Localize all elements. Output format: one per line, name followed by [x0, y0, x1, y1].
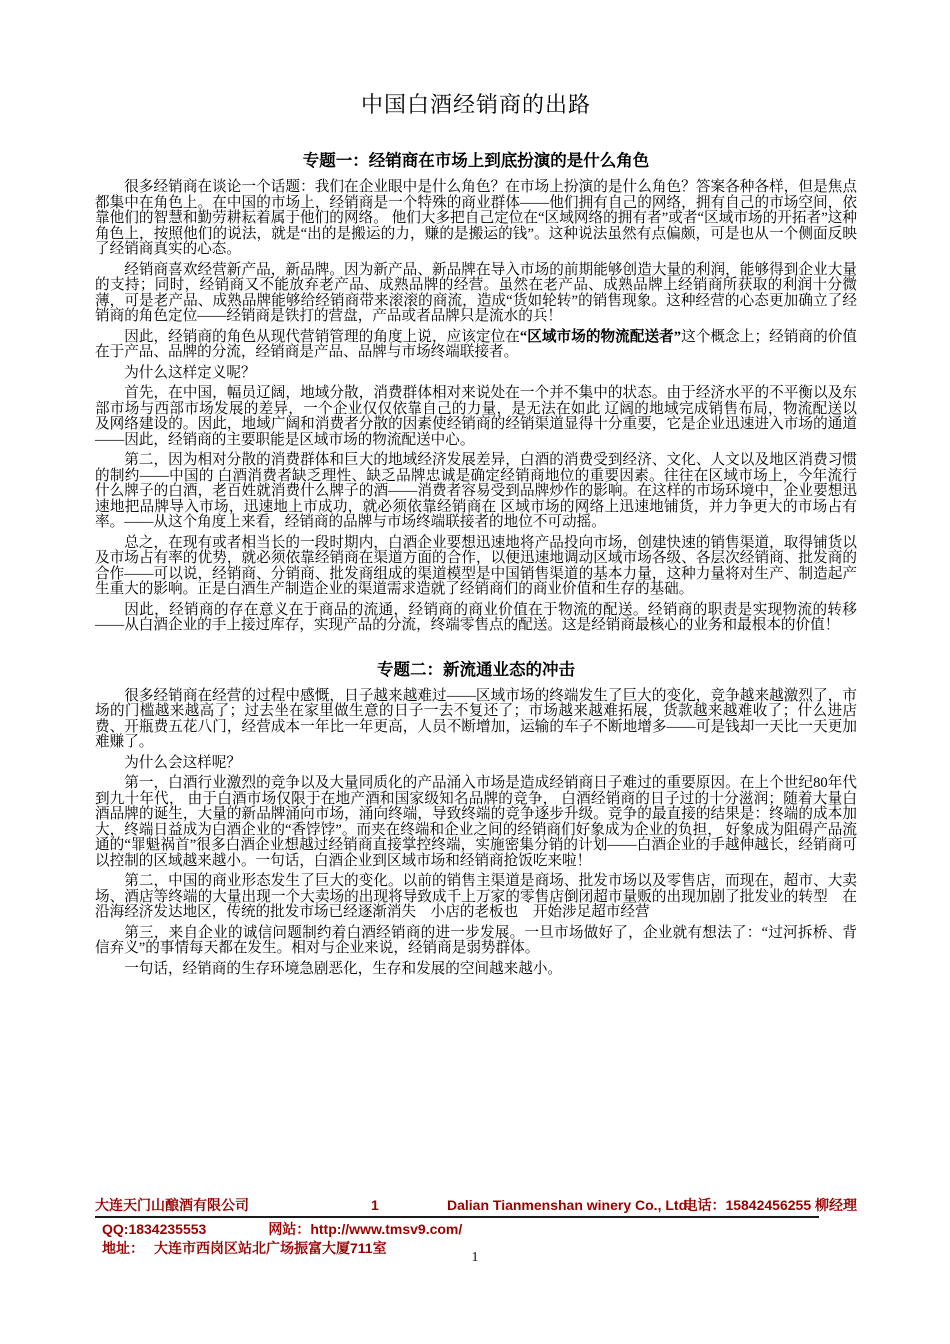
paragraph: 因此，经销商的角色从现代营销管理的角度上说，应该定位在“区域市场的物流配送者”这…	[95, 330, 857, 361]
footer-qq: QQ:1834235553	[102, 1221, 206, 1237]
footer-company-en: Dalian Tianmenshan winery Co., Ltd.	[447, 1197, 691, 1214]
paragraph: 很多经销商在谈论一个话题：我们在企业眼中是什么角色？在市场上扮演的是什么角色？答…	[95, 180, 857, 258]
question-line: 为什么会这样呢？	[95, 756, 857, 772]
footer-company-cn: 大连天门山酿酒有限公司	[95, 1197, 249, 1214]
section2-heading: 专题二：新流通业态的冲击	[95, 656, 857, 680]
paragraph: 经销商喜欢经营新产品，新品牌。因为新产品、新品牌在导入市场的前期能够创造大量的利…	[95, 263, 857, 325]
footer-phone: 电话：15842456255 柳经理	[683, 1197, 857, 1214]
paragraph: 总之，在现有或者相当长的一段时期内，白酒企业要想迅速地将产品投向市场，创建快速的…	[95, 536, 857, 598]
footer-page-number: 1	[371, 1197, 379, 1214]
paragraph: 首先，在中国，幅员辽阔，地域分散，消费群体相对来说处在一个并不集中的状态。由于经…	[95, 386, 857, 448]
bold-emphasis: “区域市场的物流配送者”	[520, 329, 681, 345]
paragraph: 因此，经销商的存在意义在于商品的流通，经销商的商业价值在于物流的配送。经销商的职…	[95, 603, 857, 634]
paragraph: 第二，因为相对分散的消费群体和巨大的地域经济发展差异，白酒的消费受到经济、文化、…	[95, 453, 857, 531]
page-footer: 大连天门山酿酒有限公司 1 Dalian Tianmenshan winery …	[95, 1197, 857, 1257]
paragraph: 第二，中国的商业形态发生了巨大的变化。以前的销售主渠道是商场、批发市场以及零售店…	[95, 874, 857, 921]
paragraph: 第三，来自企业的诚信问题制约着白酒经销商的进一步发展。一旦市场做好了，企业就有想…	[95, 926, 857, 957]
document-page: 中国白酒经销商的出路 专题一：经销商在市场上到底扮演的是什么角色 很多经销商在谈…	[0, 0, 950, 1344]
paragraph: 很多经销商在经营的过程中感慨，日子越来越难过——区域市场的终端发生了巨大的变化，…	[95, 689, 857, 751]
paragraph: 第一，白酒行业激烈的竞争以及大量同质化的产品涌入市场是造成经销商日子难过的重要原…	[95, 776, 857, 869]
footer-line1: 大连天门山酿酒有限公司 1 Dalian Tianmenshan winery …	[95, 1197, 857, 1215]
paragraph-text: 因此，经销商的角色从现代营销管理的角度上说，应该定位在	[124, 329, 520, 345]
paragraph: 一句话，经销商的生存环境急剧恶化，生存和发展的空间越来越小。	[95, 962, 857, 978]
footer-site-label: 网站：	[268, 1221, 310, 1237]
section1-heading: 专题一：经销商在市场上到底扮演的是什么角色	[95, 147, 857, 171]
question-line: 为什么这样定义呢？	[95, 366, 857, 382]
footer-divider	[95, 1216, 819, 1218]
document-content: 中国白酒经销商的出路 专题一：经销商在市场上到底扮演的是什么角色 很多经销商在谈…	[95, 88, 857, 982]
page-number: 1	[0, 1250, 950, 1266]
footer-site-url[interactable]: http://www.tmsv9.com/	[310, 1221, 462, 1237]
document-title: 中国白酒经销商的出路	[95, 88, 857, 119]
footer-line2: QQ:1834235553网站：http://www.tmsv9.com/	[95, 1221, 857, 1238]
